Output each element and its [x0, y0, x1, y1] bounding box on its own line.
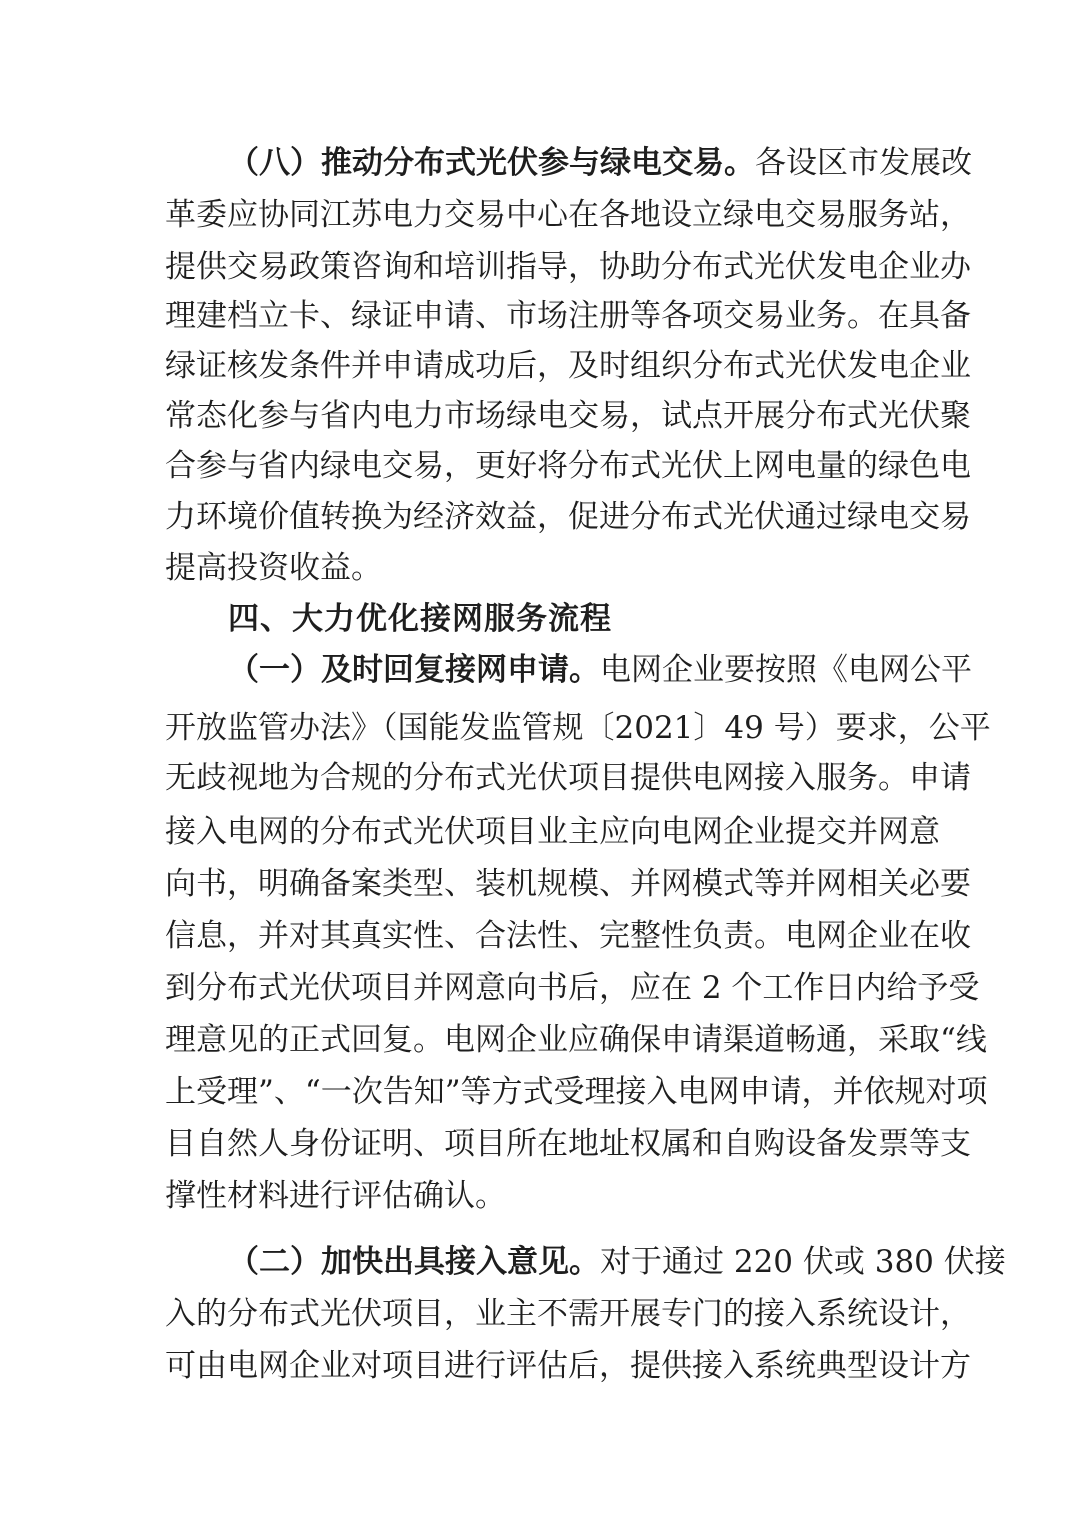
- paragraph-8-line-3: 提供交易政策咨询和培训指导，协助分布式光伏发电企业办: [165, 241, 925, 293]
- subsection-1-line-2: 开放监管办法》（国能发监管规〔2021〕49 号）要求，公平: [165, 702, 925, 754]
- paragraph-8-line-1: （八）推动分布式光伏参与绿电交易。各设区市发展改: [228, 137, 925, 189]
- subsection-1-line-9: 上受理”、“一次告知”等方式受理接入电网申请，并依规对项: [165, 1066, 925, 1118]
- subsection-1-line-8: 理意见的正式回复。电网企业应确保申请渠道畅通，采取“线: [165, 1014, 925, 1066]
- paragraph-8-line-8: 力环境价值转换为经济效益，促进分布式光伏通过绿电交易: [165, 491, 925, 543]
- paragraph-8-line-5: 绿证核发条件并申请成功后，及时组织分布式光伏发电企业: [165, 340, 925, 392]
- subsection-1-line-6: 信息，并对其真实性、合法性、完整性负责。电网企业在收: [165, 910, 925, 962]
- paragraph-8-line-4: 理建档立卡、绿证申请、市场注册等各项交易业务。在具备: [165, 290, 925, 342]
- subsection-2-lead: （二）加快出具接入意见。: [228, 1244, 600, 1280]
- subsection-1-line-3: 无歧视地为合规的分布式光伏项目提供电网接入服务。申请: [165, 752, 925, 804]
- paragraph-8-line-7: 合参与省内绿电交易，更好将分布式光伏上网电量的绿色电: [165, 440, 925, 492]
- subsection-1-line-4: 接入电网的分布式光伏项目业主应向电网企业提交并网意: [165, 806, 925, 858]
- paragraph-8-line-9: 提高投资收益。: [165, 542, 925, 594]
- subsection-1-line-11: 撑性材料进行评估确认。: [165, 1170, 925, 1222]
- subsection-2-line-3: 可由电网企业对项目进行评估后，提供接入系统典型设计方: [165, 1340, 925, 1392]
- document-page: （八）推动分布式光伏参与绿电交易。各设区市发展改 革委应协同江苏电力交易中心在各…: [0, 0, 1080, 1527]
- subsection-1-line-1: （一）及时回复接网申请。电网企业要按照《电网公平: [228, 644, 925, 696]
- section-heading: 四、大力优化接网服务流程: [228, 593, 925, 645]
- subsection-2-text: 对于通过 220 伏或 380 伏接: [600, 1244, 1006, 1280]
- subsection-1-lead: （一）及时回复接网申请。: [228, 652, 600, 688]
- subsection-1-line-7: 到分布式光伏项目并网意向书后，应在 2 个工作日内给予受: [165, 962, 925, 1014]
- subsection-1-line-5: 向书，明确备案类型、装机规模、并网模式等并网相关必要: [165, 858, 925, 910]
- paragraph-8-line-2: 革委应协同江苏电力交易中心在各地设立绿电交易服务站，: [165, 189, 925, 241]
- paragraph-8-text: 各设区市发展改: [755, 145, 972, 181]
- subsection-2-line-1: （二）加快出具接入意见。对于通过 220 伏或 380 伏接: [228, 1236, 925, 1288]
- subsection-2-line-2: 入的分布式光伏项目，业主不需开展专门的接入系统设计，: [165, 1288, 925, 1340]
- subsection-1-line-10: 目自然人身份证明、项目所在地址权属和自购设备发票等支: [165, 1118, 925, 1170]
- subsection-1-text: 电网企业要按照《电网公平: [600, 652, 972, 688]
- paragraph-8-lead: （八）推动分布式光伏参与绿电交易。: [228, 145, 755, 181]
- paragraph-8-line-6: 常态化参与省内电力市场绿电交易，试点开展分布式光伏聚: [165, 390, 925, 442]
